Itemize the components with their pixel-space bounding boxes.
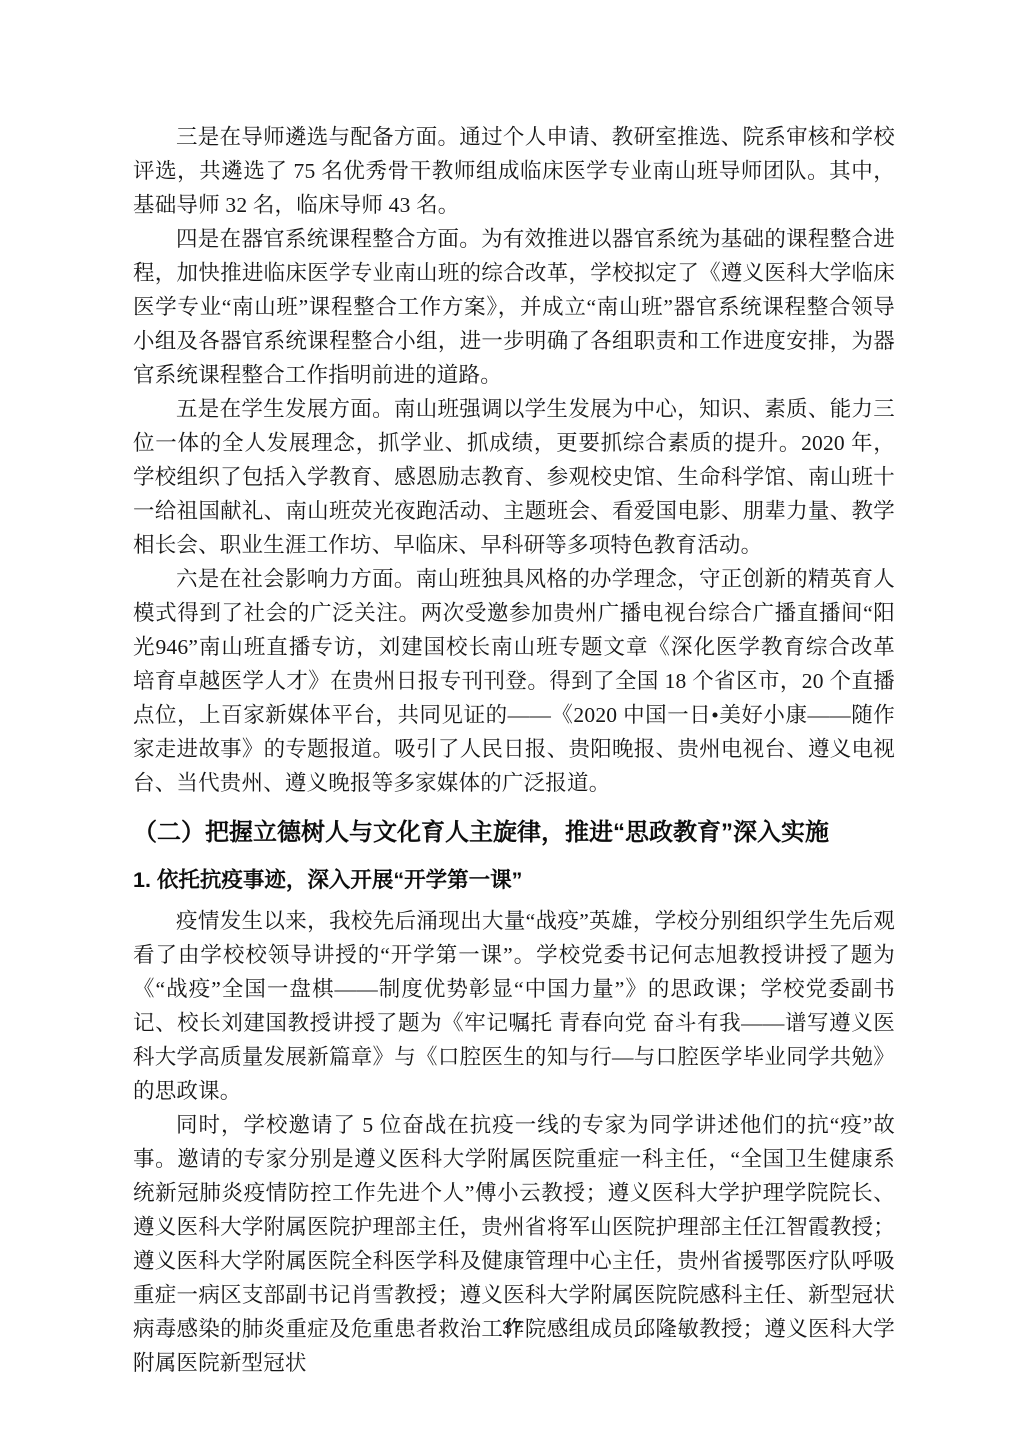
paragraph: 疫情发生以来，我校先后涌现出大量“战疫”英雄，学校分别组织学生先后观看了由学校校… [133,904,895,1108]
paragraph: 四是在器官系统课程整合方面。为有效推进以器官系统为基础的课程整合进程，加快推进临… [133,222,895,392]
paragraph: 六是在社会影响力方面。南山班独具风格的办学理念，守正创新的精英育人模式得到了社会… [133,562,895,800]
page-number: 37 [0,1318,1024,1339]
paragraph: 三是在导师遴选与配备方面。通过个人申请、教研室推选、院系审核和学校评选，共遴选了… [133,120,895,222]
section-heading: （二）把握立德树人与文化育人主旋律，推进“思政教育”深入实施 [133,815,895,851]
sub-heading: 1. 依托抗疫事迹，深入开展“开学第一课” [133,864,895,896]
document-page: 三是在导师遴选与配备方面。通过个人申请、教研室推选、院系审核和学校评选，共遴选了… [0,0,1024,1448]
paragraph: 五是在学生发展方面。南山班强调以学生发展为中心，知识、素质、能力三位一体的全人发… [133,392,895,562]
text-area: 三是在导师遴选与配备方面。通过个人申请、教研室推选、院系审核和学校评选，共遴选了… [133,120,895,1380]
paragraph: 同时，学校邀请了 5 位奋战在抗疫一线的专家为同学讲述他们的抗“疫”故事。邀请的… [133,1108,895,1380]
